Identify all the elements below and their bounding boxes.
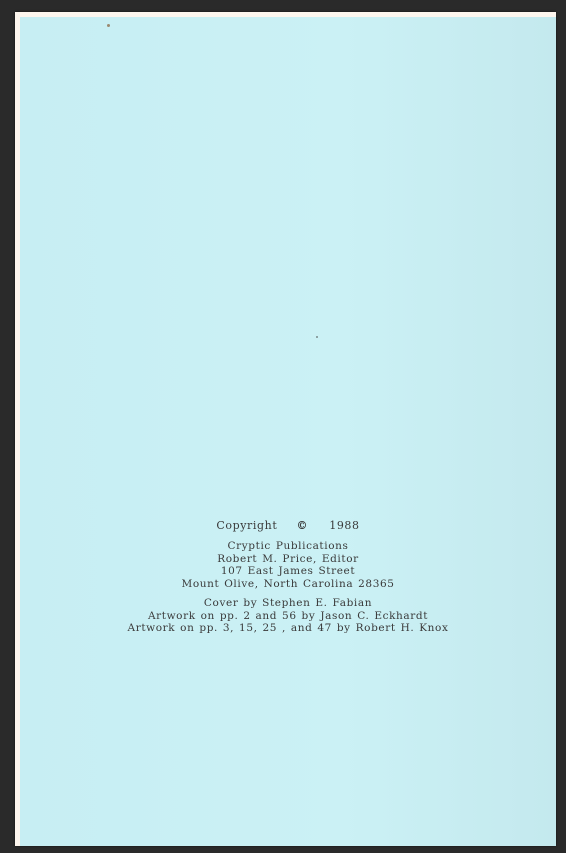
book-page: Copyright © 1988 Cryptic Publications Ro… bbox=[15, 12, 556, 846]
page-surface: Copyright © 1988 Cryptic Publications Ro… bbox=[20, 17, 556, 846]
cover-credit: Cover by Stephen E. Fabian bbox=[20, 597, 556, 610]
city-state-zip: Mount Olive, North Carolina 28365 bbox=[20, 578, 556, 591]
street-address: 107 East James Street bbox=[20, 565, 556, 578]
art-credits: Cover by Stephen E. Fabian Artwork on pp… bbox=[20, 597, 556, 635]
copyright-label: Copyright bbox=[216, 519, 277, 532]
copyright-icon: © bbox=[297, 519, 309, 532]
publisher-name: Cryptic Publications bbox=[20, 540, 556, 553]
paper-speck bbox=[107, 24, 110, 27]
artwork-credit: Artwork on pp. 2 and 56 by Jason C. Eckh… bbox=[20, 610, 556, 623]
editor-name: Robert M. Price, Editor bbox=[20, 553, 556, 566]
paper-speck bbox=[316, 336, 318, 338]
copyright-notice: Copyright © 1988 bbox=[20, 519, 556, 532]
artwork-credit: Artwork on pp. 3, 15, 25 , and 47 by Rob… bbox=[20, 622, 556, 635]
copyright-year: 1988 bbox=[329, 519, 359, 532]
publisher-address: Cryptic Publications Robert M. Price, Ed… bbox=[20, 540, 556, 590]
